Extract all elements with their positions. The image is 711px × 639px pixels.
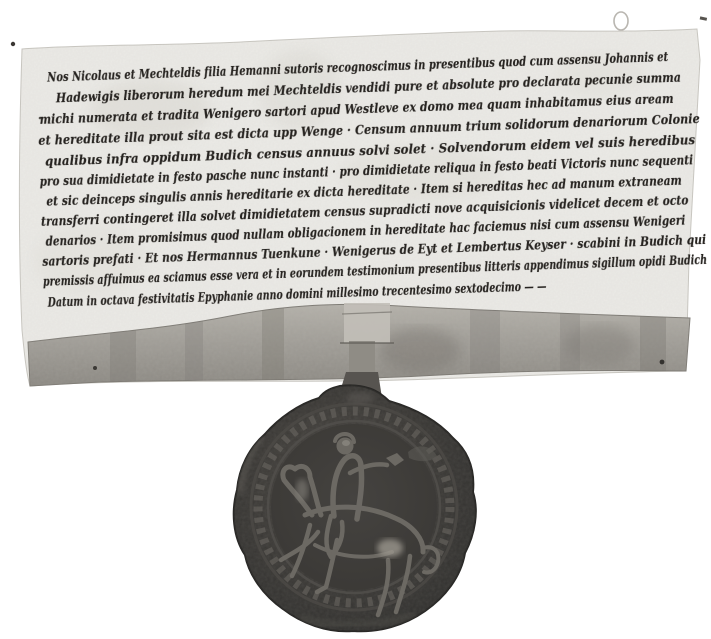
speck [93,366,97,370]
wax-seal [225,380,485,639]
speck [700,16,707,20]
speck [11,42,15,46]
charter-photograph: Nos Nicolaus et Mechteldis filia Hemanni… [0,0,711,639]
speck [660,360,665,365]
watermark-loop [614,12,628,30]
